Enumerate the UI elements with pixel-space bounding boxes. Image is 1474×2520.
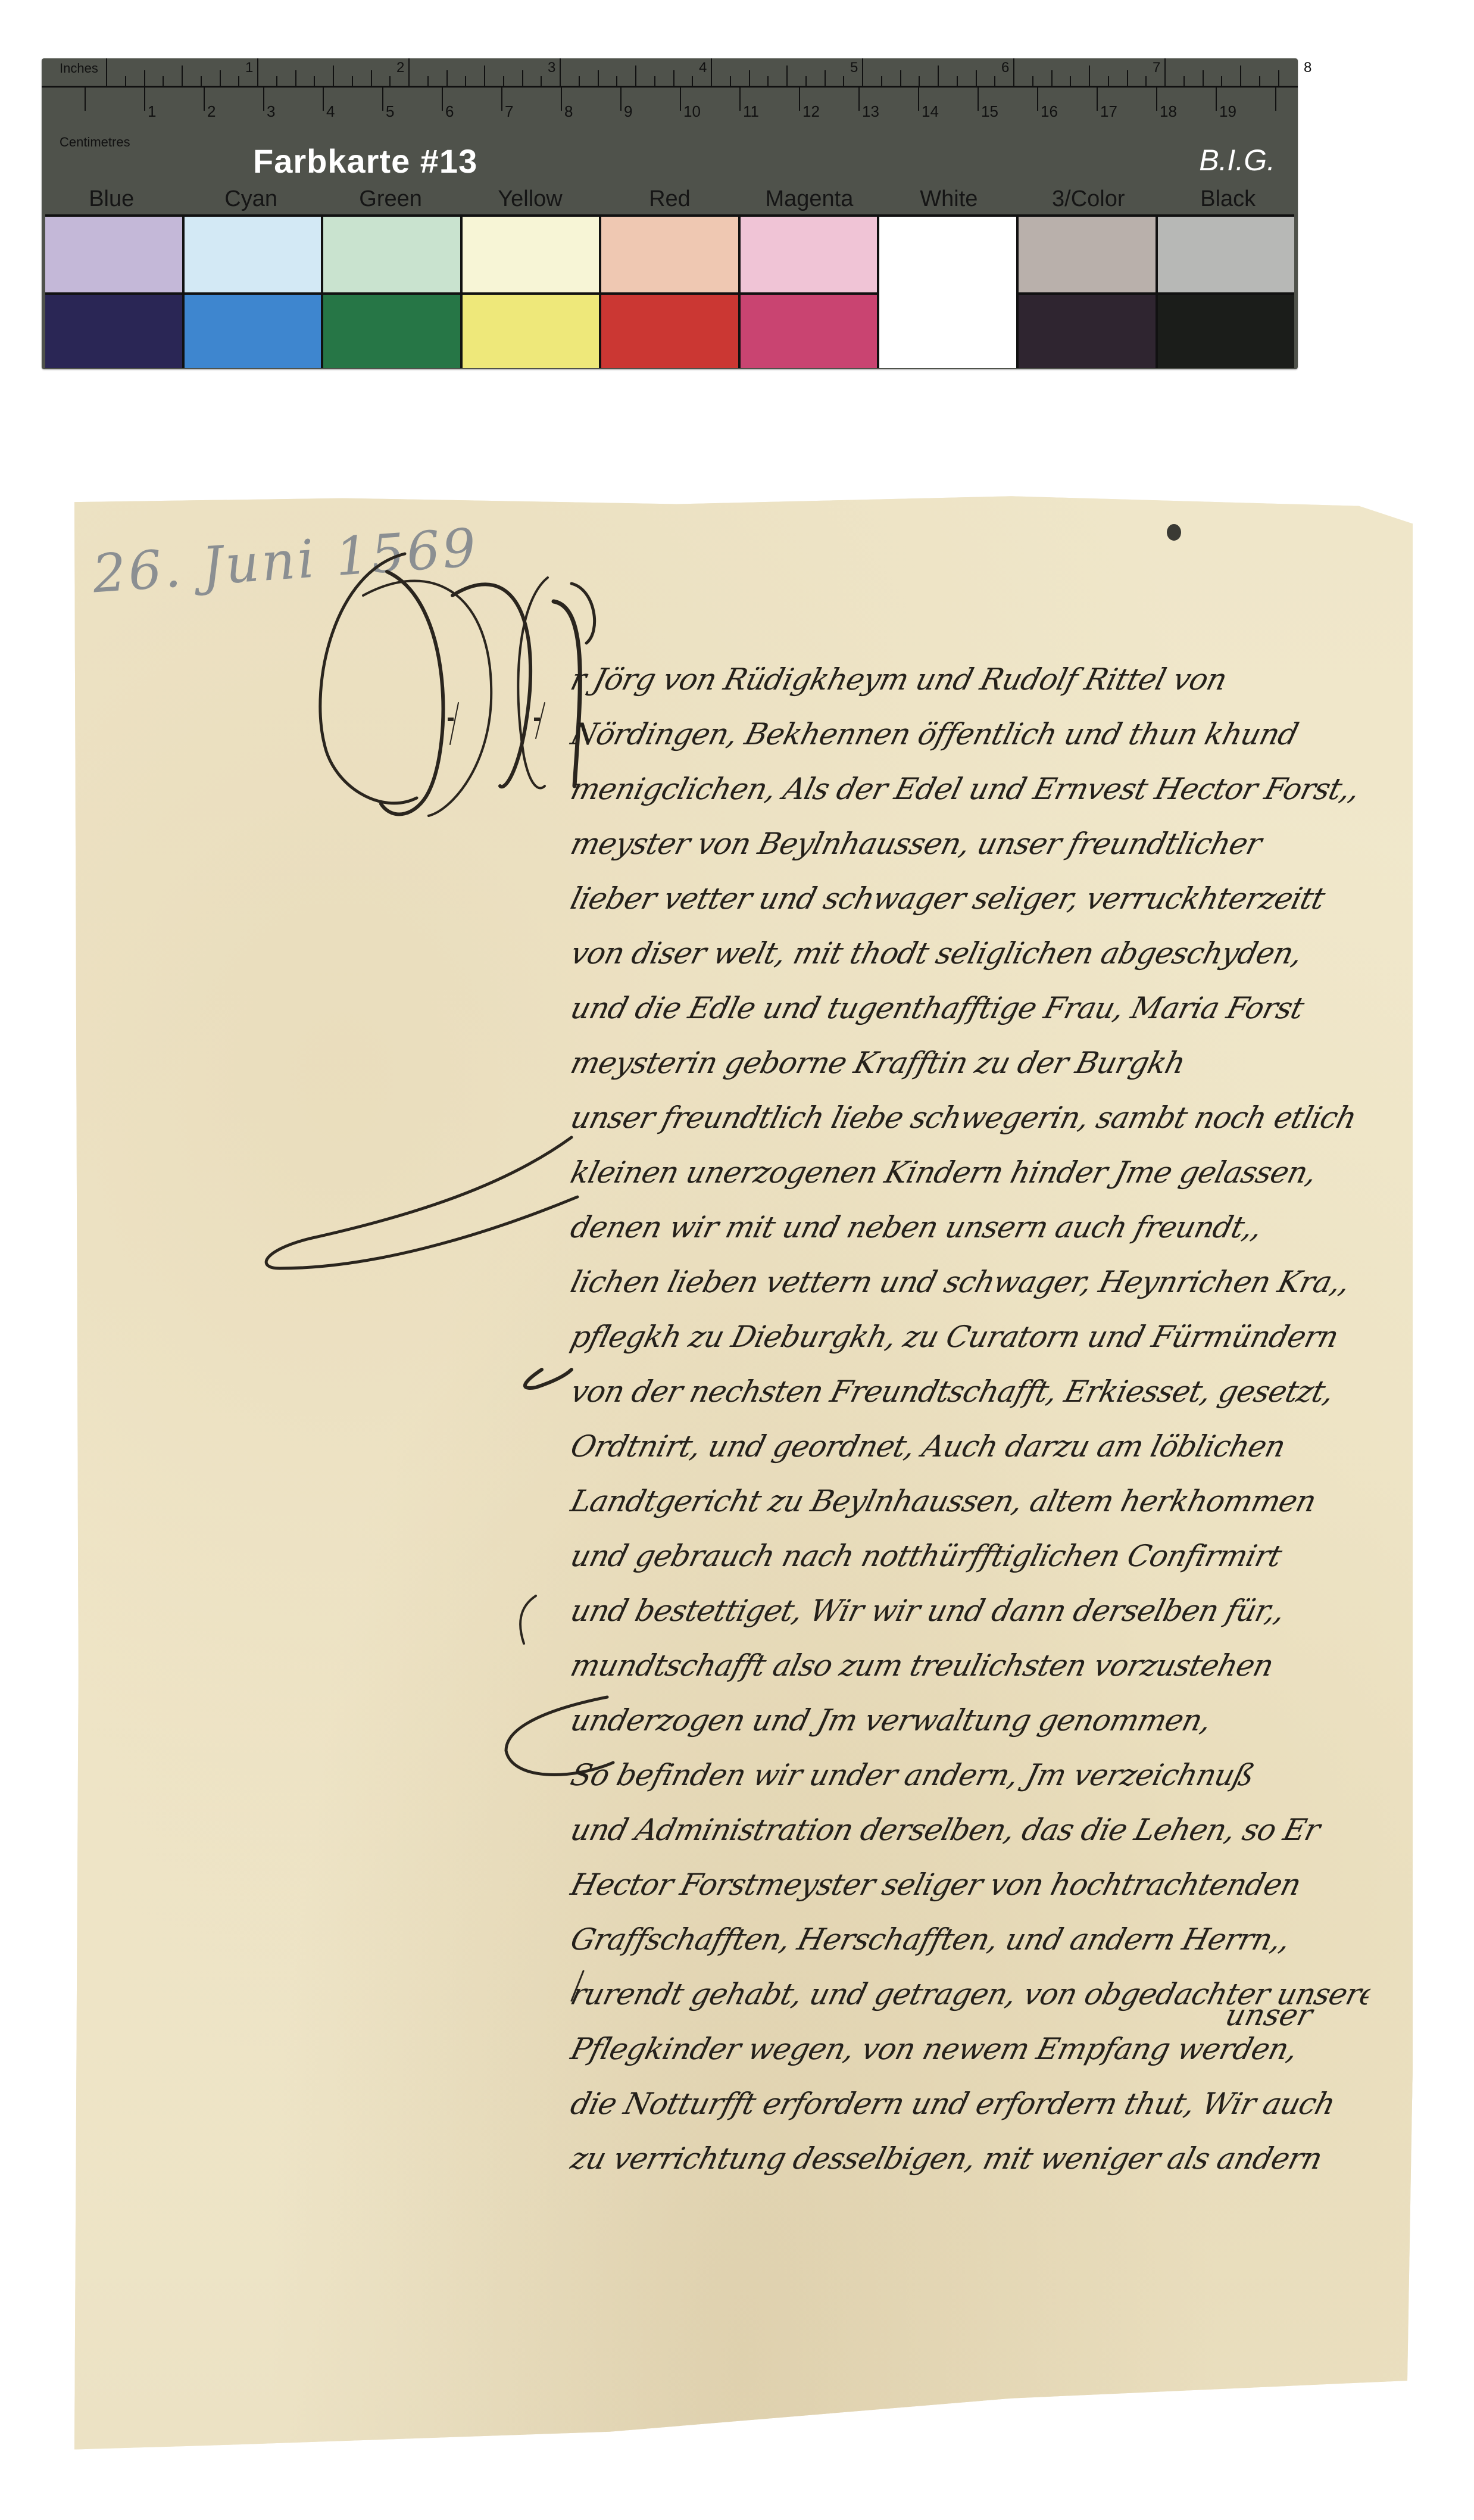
manuscript-line: lieber vetter und schwager seliger, verr… (565, 871, 1376, 926)
inch-tick (522, 70, 523, 86)
swatch-light (185, 217, 321, 295)
cm-tick (561, 87, 562, 111)
cm-number: 10 (683, 102, 701, 121)
manuscript-line: von der nechsten Freundtschafft, Erkiess… (565, 1364, 1376, 1419)
cm-number: 12 (802, 102, 820, 121)
cm-tick (1156, 87, 1157, 111)
manuscript-line: Ordtnirt, und geordnet, Auch darzu am lö… (565, 1419, 1376, 1474)
inch-tick (1203, 70, 1204, 86)
swatch-label-white: White (879, 186, 1019, 210)
cm-number: 15 (981, 102, 998, 121)
cm-tick (144, 87, 145, 111)
ruler: Inches 123456781234567891011121314151617… (42, 58, 1298, 130)
swatch-yellow (463, 217, 602, 368)
manuscript-line: So befinden wir under andern, Jm verzeic… (565, 1748, 1376, 1802)
swatch-light (1158, 217, 1295, 295)
inch-tick (144, 70, 145, 86)
inch-tick (1032, 76, 1033, 86)
inch-tick (1108, 76, 1109, 86)
inch-tick (730, 76, 731, 86)
color-swatches (45, 214, 1294, 368)
inch-tick (919, 76, 920, 86)
swatch-3color (1019, 217, 1158, 368)
swatch-light (601, 217, 738, 295)
manuscript-line: mundtschafft also zum treulichsten vorzu… (565, 1638, 1376, 1693)
inch-tick (352, 76, 353, 86)
inch-tick (862, 58, 863, 86)
inch-tick (957, 76, 958, 86)
inch-tick (314, 76, 315, 86)
swatch-dark (741, 295, 877, 368)
swatch-light (323, 217, 460, 295)
inch-tick (767, 76, 769, 86)
cm-number: 13 (862, 102, 879, 121)
inch-number: 1 (245, 60, 253, 76)
centimetres-label: Centimetres (60, 135, 130, 150)
manuscript-line: Nördingen, Bekhennen öffentlich und thun… (565, 707, 1376, 762)
manuscript-line: kleinen unerzogenen Kindern hinder Jme g… (565, 1145, 1376, 1200)
inch-tick (446, 70, 448, 86)
inch-tick (1070, 76, 1071, 86)
cm-tick (442, 87, 443, 111)
swatch-blue (45, 217, 185, 368)
swatch-dark (323, 295, 460, 368)
inch-tick (635, 66, 636, 86)
swatch-label-3color: 3/Color (1019, 186, 1158, 210)
inch-tick (711, 58, 712, 86)
manuscript-line: Hector Forstmeyster seliger von hochtrac… (565, 1857, 1376, 1912)
inch-tick (1089, 66, 1090, 86)
swatch-label-yellow: Yellow (460, 186, 599, 210)
inch-tick (182, 66, 183, 86)
cm-tick (1216, 87, 1217, 111)
inch-tick (1259, 76, 1260, 86)
inch-tick (881, 76, 882, 86)
swatch-light (879, 217, 1016, 292)
inch-tick (938, 66, 939, 86)
swatch-labels: Blue Cyan Green Yellow Red Magenta White… (42, 186, 1298, 210)
inch-tick (163, 76, 164, 86)
manuscript-line: r Jörg von Rüdigkheym und Rudolf Rittel … (565, 652, 1376, 707)
cm-number: 14 (922, 102, 939, 121)
swatch-light (1019, 217, 1156, 295)
inch-number: 4 (699, 60, 707, 76)
inch-tick (579, 76, 580, 86)
swatch-dark (1019, 295, 1156, 368)
swatch-cyan (185, 217, 324, 368)
swatch-black (1158, 217, 1295, 368)
cm-tick (739, 87, 741, 111)
swatch-dark (45, 295, 182, 368)
swatch-green (323, 217, 463, 368)
manuscript-line: und bestettiget, Wir wir und dann dersel… (565, 1583, 1376, 1638)
swatch-white (879, 217, 1019, 368)
inch-tick (1013, 58, 1014, 86)
cm-number: 2 (207, 102, 216, 121)
cm-number: 19 (1219, 102, 1236, 121)
inch-tick (125, 76, 126, 86)
swatch-dark (601, 295, 738, 368)
swatch-dark (463, 295, 599, 368)
manuscript-line: und gebrauch nach notthürfftiglichen Con… (565, 1529, 1376, 1583)
manuscript-line: lichen lieben vettern und schwager, Heyn… (565, 1255, 1376, 1309)
cm-number: 6 (445, 102, 454, 121)
inch-tick (427, 76, 429, 86)
inch-tick (465, 76, 466, 86)
inch-tick (1145, 76, 1147, 86)
inch-tick (220, 70, 221, 86)
inch-tick (1164, 58, 1166, 86)
swatch-label-magenta: Magenta (739, 186, 879, 210)
manuscript-line: denen wir mit und neben unsern auch freu… (565, 1200, 1376, 1255)
catchword: unser (1222, 1998, 1316, 2032)
inch-tick (201, 76, 202, 86)
swatch-magenta (741, 217, 880, 368)
inch-tick (371, 70, 372, 86)
inch-tick (673, 70, 674, 86)
cm-tick (382, 87, 383, 111)
manuscript-line: unser freundtlich liebe schwegerin, samb… (565, 1090, 1376, 1145)
cm-tick (620, 87, 622, 111)
inch-tick (900, 70, 901, 86)
inch-tick (1240, 66, 1241, 86)
manuscript-line: pflegkh zu Dieburgkh, zu Curatorn und Fü… (565, 1309, 1376, 1364)
inch-tick (295, 70, 296, 86)
inches-label: Inches (60, 61, 98, 76)
cm-number: 18 (1160, 102, 1177, 121)
inch-tick (654, 76, 655, 86)
inch-number: 5 (850, 60, 858, 76)
inch-tick (333, 66, 334, 86)
manuscript-line: zu verrichtung desselbigen, mit weniger … (565, 2131, 1376, 2186)
inch-tick (976, 70, 977, 86)
cm-number: 8 (564, 102, 573, 121)
cm-tick (263, 87, 264, 111)
inch-tick (616, 76, 617, 86)
inch-tick (408, 58, 410, 86)
swatch-dark (879, 292, 1016, 368)
inch-tick (825, 70, 826, 86)
swatch-dark (185, 295, 321, 368)
cm-tick (680, 87, 681, 111)
inch-tick (692, 76, 693, 86)
cm-number: 16 (1041, 102, 1058, 121)
inch-tick (1127, 70, 1128, 86)
cm-number: 3 (267, 102, 275, 121)
inch-tick (598, 70, 599, 86)
cm-tick (858, 87, 860, 111)
inch-tick (805, 76, 807, 86)
inch-tick (541, 76, 542, 86)
cm-tick (1275, 87, 1276, 111)
cm-number: 5 (386, 102, 394, 121)
inch-tick (1221, 76, 1222, 86)
inch-tick (106, 58, 107, 86)
inch-tick (238, 76, 239, 86)
cm-tick (501, 87, 502, 111)
inch-tick (503, 76, 504, 86)
manuscript-line: die Notturfft erfordern und erfordern th… (565, 2076, 1376, 2131)
card-brand-logo: B.I.G. (1199, 143, 1275, 177)
manuscript-line: meysterin geborne Krafftin zu der Burgkh (565, 1036, 1376, 1090)
swatch-label-black: Black (1158, 186, 1298, 210)
inch-tick (749, 70, 750, 86)
cm-tick (323, 87, 324, 111)
cm-tick (799, 87, 800, 111)
swatch-dark (1158, 295, 1295, 368)
inch-tick (1183, 76, 1185, 86)
cm-number: 11 (743, 102, 759, 121)
swatch-label-red: Red (600, 186, 739, 210)
cm-tick (918, 87, 919, 111)
inch-number: 6 (1001, 60, 1009, 76)
cm-number: 1 (148, 102, 156, 121)
cm-tick (1037, 87, 1038, 111)
inch-tick (257, 58, 258, 86)
inch-tick (994, 76, 995, 86)
swatch-red (601, 217, 741, 368)
swatch-light (45, 217, 182, 295)
inch-number: 8 (1304, 60, 1311, 76)
cm-number: 17 (1100, 102, 1117, 121)
inch-tick (1278, 70, 1279, 86)
swatch-label-cyan: Cyan (181, 186, 320, 210)
manuscript-text-block: r Jörg von Rüdigkheym und Rudolf Rittel … (572, 652, 1369, 2186)
inch-number: 2 (396, 60, 404, 76)
manuscript-line: meyster von Beylnhaussen, unser freundtl… (565, 816, 1376, 871)
card-title: Farbkarte #13 (253, 142, 477, 180)
cm-tick (85, 87, 86, 111)
color-calibration-card: Inches 123456781234567891011121314151617… (42, 58, 1298, 369)
manuscript-line: und Administration derselben, das die Le… (565, 1802, 1376, 1857)
cm-tick (978, 87, 979, 111)
inch-tick (560, 58, 561, 86)
inch-tick (786, 66, 788, 86)
inch-tick (843, 76, 844, 86)
manuscript-line: und die Edle und tugenthafftige Frau, Ma… (565, 981, 1376, 1036)
inch-tick (276, 76, 277, 86)
cm-number: 4 (326, 102, 335, 121)
manuscript-line: Graffschafften, Herschafften, und andern… (565, 1912, 1376, 1967)
manuscript-line: von diser welt, mit thodt seliglichen ab… (565, 926, 1376, 981)
manuscript-line: menigclichen, Als der Edel und Ernvest H… (565, 762, 1376, 816)
swatch-light (463, 217, 599, 295)
manuscript-line: underzogen und Jm verwaltung genommen, (565, 1693, 1376, 1748)
swatch-label-green: Green (321, 186, 460, 210)
inch-tick (484, 66, 485, 86)
cm-number: 9 (624, 102, 632, 121)
ink-blot (1167, 524, 1181, 541)
swatch-label-blue: Blue (42, 186, 181, 210)
cm-tick (1097, 87, 1098, 111)
inch-number: 3 (548, 60, 555, 76)
cm-number: 7 (505, 102, 513, 121)
cm-tick (204, 87, 205, 111)
manuscript-line: Landtgericht zu Beylnhaussen, altem herk… (565, 1474, 1376, 1529)
ruler-divider (42, 86, 1298, 88)
inch-tick (1051, 70, 1053, 86)
inch-number: 7 (1153, 60, 1160, 76)
swatch-light (741, 217, 877, 295)
inch-tick (389, 76, 391, 86)
